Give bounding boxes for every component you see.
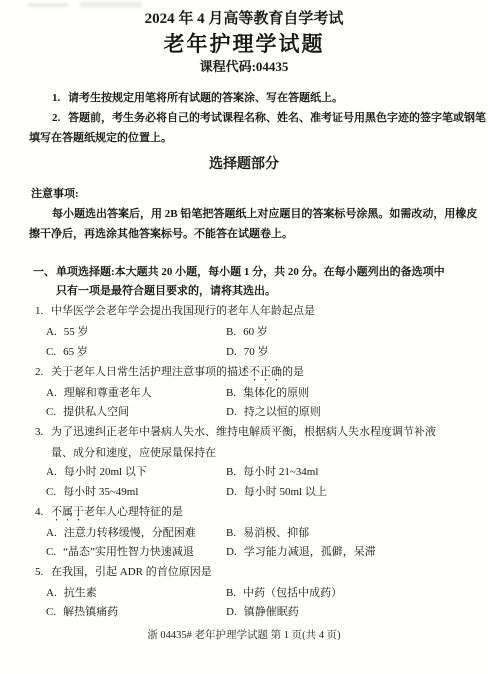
part-marker: 一、	[33, 263, 56, 282]
stem-text-continuation: 量、成分和速度，应使尿量保持在	[51, 444, 488, 463]
option-text: 提供私人空间	[63, 406, 129, 418]
stem-emphasized-text: 不属于	[51, 506, 84, 518]
question-number: 5.	[35, 563, 51, 584]
option-letter: A.	[46, 584, 57, 603]
instruction-text: 请考生按规定用笔将所有试题的答案涂、写在答题纸上。	[68, 92, 343, 104]
instruction-item-1: 1.请考生按规定用笔将所有试题的答案涂、写在答题纸上。	[29, 88, 488, 108]
option-c: C.提供私人空间	[46, 403, 226, 422]
question-text: 中华医学会老年学会提出我国现行的老年人年龄起点是	[51, 302, 488, 323]
question-number: 2.	[35, 363, 51, 384]
option-letter: D.	[226, 603, 237, 622]
instruction-text: 答题前，考生务必将自己的考试课程名称、姓名、准考证号用黑色字迹的签字笔或钢笔	[68, 112, 486, 124]
option-letter: B.	[226, 524, 236, 543]
options-group: A.注意力转移缓慢，分配困难 B.易消极、抑郁 C.“晶态”实用性智力快速减退 …	[46, 524, 488, 562]
option-a: A.55 岁	[46, 323, 226, 342]
notice-text-line1: 每小题选出答案后，用 2B 铅笔把答题纸上对应题目的答案标号涂黑。如需改动，用橡…	[52, 204, 488, 224]
option-c: C.65 岁	[46, 343, 226, 362]
option-d: D.每小时 50ml 以上	[226, 483, 488, 502]
instruction-text-continuation: 填写在答题纸规定的位置上。	[29, 128, 488, 148]
part-heading-continuation: 只有一项是最符合题目要求的，请将其选出。	[56, 282, 488, 301]
question-number: 4.	[35, 503, 51, 524]
stem-text: 的是	[282, 366, 304, 378]
option-letter: B.	[226, 384, 236, 403]
exam-paper-page: 2024 年 4 月高等教育自学考试 老年护理学试题 课程代码:04435 1.…	[0, 0, 488, 674]
option-b: B.每小时 21~34ml	[226, 463, 488, 482]
option-text: 解热镇痛药	[63, 606, 118, 618]
question-stem: 3. 为了迅速纠正老年中暑病人失水、维持电解质平衡，根据病人失水程度调节补液 量…	[35, 423, 488, 463]
section-title: 选择题部分	[0, 155, 488, 175]
option-d: D.镇静催眠药	[226, 603, 488, 622]
course-code: 课程代码:04435	[0, 58, 488, 75]
general-instructions: 1.请考生按规定用笔将所有试题的答案涂、写在答题纸上。 2.答题前，考生务必将自…	[0, 88, 488, 148]
option-row: C.解热镇痛药 D.镇静催眠药	[46, 603, 488, 622]
option-text: 每小时 35~49ml	[63, 486, 138, 498]
option-text: 学习能力减退，孤僻，呆滞	[244, 546, 376, 558]
stem-emphasized-text: 不正确	[249, 366, 282, 378]
option-letter: C.	[46, 343, 56, 362]
option-letter: D.	[226, 343, 237, 362]
option-c: C.每小时 35~49ml	[46, 483, 226, 502]
option-text: 集体化的原则	[243, 387, 309, 399]
notice-block: 注意事项: 每小题选出答案后，用 2B 铅笔把答题纸上对应题目的答案标号涂黑。如…	[0, 184, 488, 244]
option-row: C.“晶态”实用性智力快速减退 D.学习能力减退，孤僻，呆滞	[46, 543, 488, 562]
option-text: 持之以恒的原则	[244, 406, 321, 418]
options-group: A.理解和尊重老年人 B.集体化的原则 C.提供私人空间 D.持之以恒的原则	[46, 384, 488, 422]
page-footer: 浙 04435# 老年护理学试题 第 1 页(共 4 页)	[0, 627, 488, 642]
option-text: “晶态”实用性智力快速减退	[63, 546, 194, 558]
question-number: 3.	[35, 423, 51, 463]
option-row: A.注意力转移缓慢，分配困难 B.易消极、抑郁	[46, 524, 488, 543]
option-letter: C.	[46, 543, 56, 562]
option-c: C.解热镇痛药	[46, 603, 226, 622]
option-a: A.理解和尊重老年人	[46, 384, 226, 403]
question-stem: 4. 不属于老年人心理特征的是	[35, 503, 488, 524]
option-letter: A.	[46, 323, 57, 342]
option-row: A.抗生素 B.中药（包括中成药）	[46, 584, 488, 603]
option-text: 55 岁	[64, 326, 89, 338]
option-letter: A.	[46, 384, 57, 403]
option-letter: A.	[46, 463, 57, 482]
option-letter: D.	[226, 543, 237, 562]
option-letter: D.	[226, 403, 237, 422]
stem-text: 老年人心理特征的是	[84, 506, 183, 518]
option-text: 抗生素	[64, 587, 97, 599]
option-row: A.55 岁 B.60 岁	[46, 323, 488, 342]
option-letter: B.	[226, 463, 236, 482]
options-group: A.每小时 20ml 以下 B.每小时 21~34ml C.每小时 35~49m…	[46, 463, 488, 501]
option-text: 70 岁	[244, 346, 269, 358]
option-row: C.每小时 35~49ml D.每小时 50ml 以上	[46, 483, 488, 502]
option-letter: B.	[226, 323, 236, 342]
question-1: 1. 中华医学会老年学会提出我国现行的老年人年龄起点是 A.55 岁 B.60 …	[35, 302, 488, 361]
exam-session-title: 2024 年 4 月高等教育自学考试	[0, 0, 488, 29]
question-text: 为了迅速纠正老年中暑病人失水、维持电解质平衡，根据病人失水程度调节补液 量、成分…	[51, 423, 488, 463]
scan-artifact	[80, 2, 142, 7]
option-b: B.集体化的原则	[226, 384, 488, 403]
instruction-number: 1.	[52, 88, 68, 108]
option-d: D.持之以恒的原则	[226, 403, 488, 422]
question-stem: 2. 关于老年人日常生活护理注意事项的描述不正确的是	[35, 363, 488, 384]
option-row: C.提供私人空间 D.持之以恒的原则	[46, 403, 488, 422]
option-letter: C.	[46, 483, 56, 502]
question-stem: 5. 在我国，引起 ADR 的首位原因是	[35, 563, 488, 584]
option-text: 65 岁	[63, 346, 88, 358]
option-text: 中药（包括中成药）	[243, 587, 342, 599]
notice-label: 注意事项:	[31, 184, 488, 204]
option-text: 注意力转移缓慢，分配困难	[64, 527, 196, 539]
notice-text-line2: 擦干净后，再选涂其他答案标号。不能答在试题卷上。	[29, 224, 488, 244]
option-a: A.抗生素	[46, 584, 226, 603]
exam-subject-title: 老年护理学试题	[0, 31, 488, 57]
scan-artifact	[28, 3, 68, 7]
option-a: A.注意力转移缓慢，分配困难	[46, 524, 226, 543]
option-text: 每小时 21~34ml	[243, 466, 318, 478]
option-text: 易消极、抑郁	[243, 527, 309, 539]
question-3: 3. 为了迅速纠正老年中暑病人失水、维持电解质平衡，根据病人失水程度调节补液 量…	[35, 423, 488, 502]
question-4: 4. 不属于老年人心理特征的是 A.注意力转移缓慢，分配困难 B.易消极、抑郁 …	[35, 503, 488, 562]
instruction-number: 2.	[52, 108, 68, 128]
question-5: 5. 在我国，引起 ADR 的首位原因是 A.抗生素 B.中药（包括中成药） C…	[35, 563, 488, 622]
option-b: B.中药（包括中成药）	[226, 584, 488, 603]
stem-text: 在我国，引起 ADR 的首位原因是	[51, 566, 212, 578]
option-c: C.“晶态”实用性智力快速减退	[46, 543, 226, 562]
option-text: 镇静催眠药	[244, 606, 299, 618]
question-text: 关于老年人日常生活护理注意事项的描述不正确的是	[51, 363, 488, 384]
instruction-item-2: 2.答题前，考生务必将自己的考试课程名称、姓名、准考证号用黑色字迹的签字笔或钢笔	[29, 108, 488, 128]
option-text: 每小时 50ml 以上	[244, 486, 327, 498]
option-d: D.70 岁	[226, 343, 488, 362]
option-a: A.每小时 20ml 以下	[46, 463, 226, 482]
option-letter: D.	[226, 483, 237, 502]
options-group: A.抗生素 B.中药（包括中成药） C.解热镇痛药 D.镇静催眠药	[46, 584, 488, 622]
option-b: B.60 岁	[226, 323, 488, 342]
question-number: 1.	[35, 302, 51, 323]
option-d: D.学习能力减退，孤僻，呆滞	[226, 543, 488, 562]
option-letter: C.	[46, 403, 56, 422]
part-one-heading: 一、单项选择题:本大题共 20 小题，每小题 1 分，共 20 分。在每小题列出…	[33, 263, 488, 282]
part-heading-text: 单项选择题:本大题共 20 小题，每小题 1 分，共 20 分。在每小题列出的备…	[56, 266, 445, 278]
question-stem: 1. 中华医学会老年学会提出我国现行的老年人年龄起点是	[35, 302, 488, 323]
option-b: B.易消极、抑郁	[226, 524, 488, 543]
question-text: 在我国，引起 ADR 的首位原因是	[51, 563, 488, 584]
option-letter: A.	[46, 524, 57, 543]
stem-text: 为了迅速纠正老年中暑病人失水、维持电解质平衡，根据病人失水程度调节补液	[51, 426, 436, 438]
option-row: A.理解和尊重老年人 B.集体化的原则	[46, 384, 488, 403]
question-text: 不属于老年人心理特征的是	[51, 503, 488, 524]
option-text: 每小时 20ml 以下	[64, 466, 147, 478]
question-2: 2. 关于老年人日常生活护理注意事项的描述不正确的是 A.理解和尊重老年人 B.…	[35, 363, 488, 422]
option-row: A.每小时 20ml 以下 B.每小时 21~34ml	[46, 463, 488, 482]
option-row: C.65 岁 D.70 岁	[46, 343, 488, 362]
stem-text: 关于老年人日常生活护理注意事项的描述	[51, 366, 249, 378]
option-letter: B.	[226, 584, 236, 603]
options-group: A.55 岁 B.60 岁 C.65 岁 D.70 岁	[46, 323, 488, 361]
option-text: 60 岁	[243, 326, 268, 338]
stem-text: 中华医学会老年学会提出我国现行的老年人年龄起点是	[51, 305, 315, 317]
option-letter: C.	[46, 603, 56, 622]
option-text: 理解和尊重老年人	[64, 387, 152, 399]
